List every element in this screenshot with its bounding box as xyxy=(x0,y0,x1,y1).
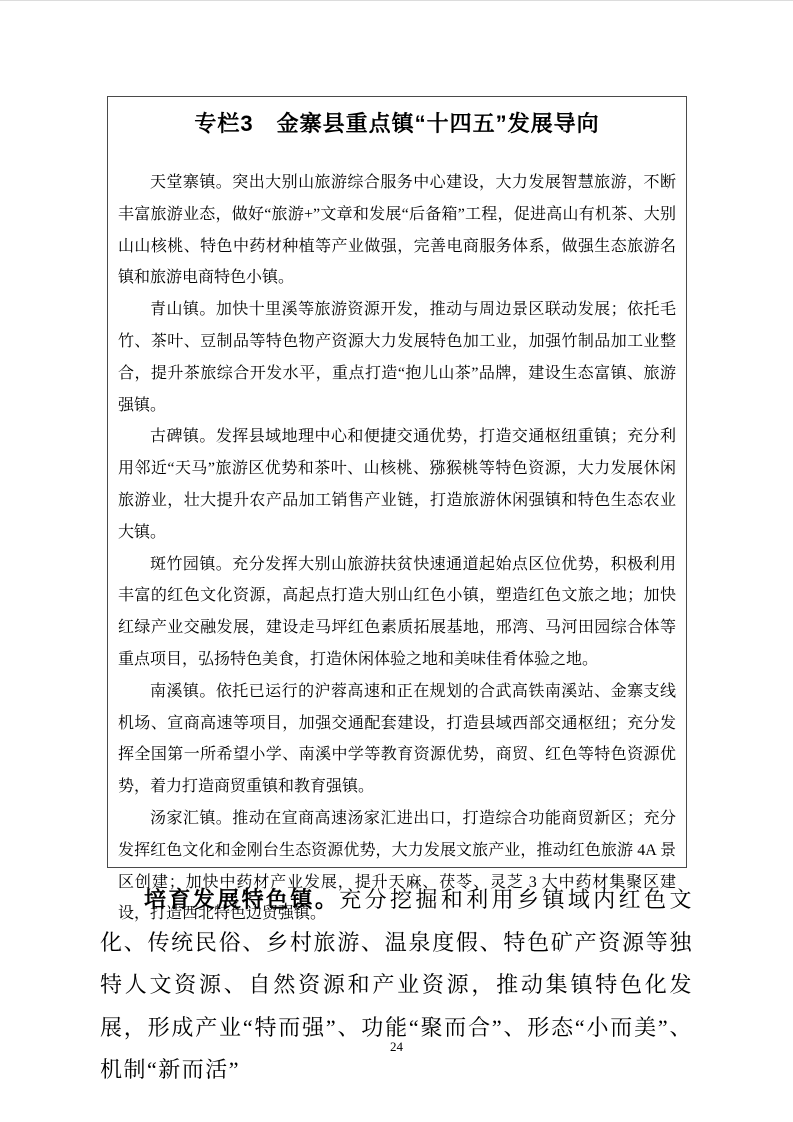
town-name-tiantangzhai: 天堂寨镇。 xyxy=(150,174,232,191)
paragraph-qingshan: 青山镇。加快十里溪等旅游资源开发，推动与周边景区联动发展；依托毛竹、茶叶、豆制品… xyxy=(118,294,676,421)
column-box-title: 专栏3 金寨县重点镇“十四五”发展导向 xyxy=(118,111,676,137)
paragraph-gubei: 古碑镇。发挥县域地理中心和便捷交通优势，打造交通枢纽重镇；充分利用邻近“天马”旅… xyxy=(118,421,676,548)
body-paragraph-lead: 培育发展特色镇。 xyxy=(144,887,339,912)
paragraph-tiantangzhai: 天堂寨镇。突出大别山旅游综合服务中心建设，大力发展智慧旅游，不断丰富旅游业态，做… xyxy=(118,167,676,294)
paragraph-banzhuyuan: 斑竹园镇。充分发挥大别山旅游扶贫快速通道起始点区位优势，积极利用丰富的红色文化资… xyxy=(118,549,676,676)
town-name-tangjiahui: 汤家汇镇。 xyxy=(150,810,232,827)
paragraph-nanxi: 南溪镇。依托已运行的沪蓉高速和正在规划的合武高铁南溪站、金寨支线机场、宣商高速等… xyxy=(118,676,676,803)
town-name-gubei: 古碑镇。 xyxy=(150,428,216,445)
town-name-nanxi: 南溪镇。 xyxy=(150,683,216,700)
town-name-qingshan: 青山镇。 xyxy=(150,301,216,318)
document-page: 专栏3 金寨县重点镇“十四五”发展导向 天堂寨镇。突出大别山旅游综合服务中心建设… xyxy=(0,0,793,1122)
page-number: 24 xyxy=(0,1039,793,1055)
body-paragraph-cultivate-towns: 培育发展特色镇。充分挖掘和利用乡镇域内红色文化、传统民俗、乡村旅游、温泉度假、特… xyxy=(100,879,693,1092)
column-3-box: 专栏3 金寨县重点镇“十四五”发展导向 天堂寨镇。突出大别山旅游综合服务中心建设… xyxy=(107,96,687,868)
town-name-banzhuyuan: 斑竹园镇。 xyxy=(150,556,232,573)
